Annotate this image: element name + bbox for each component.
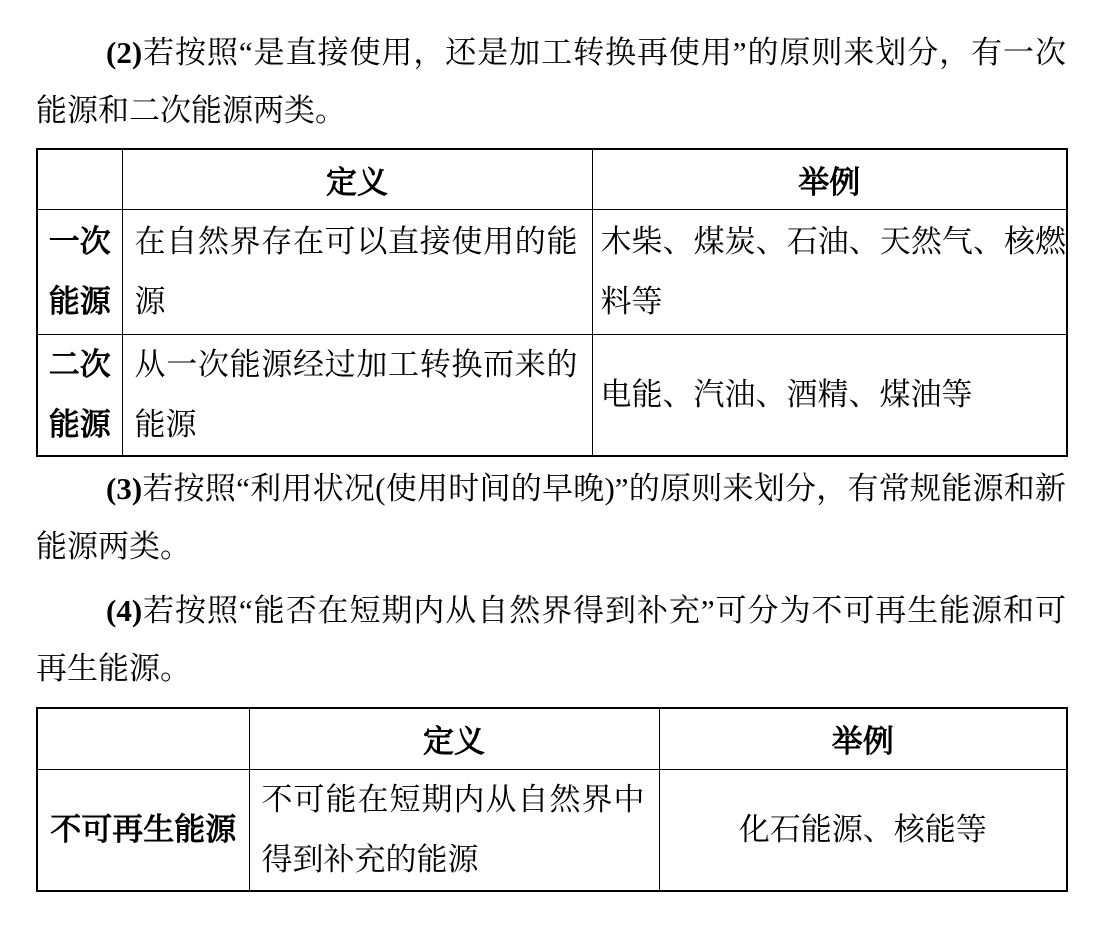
- table-row-primary-energy: 一次能源 在自然界存在可以直接使用的能源 木柴、煤炭、石油、天然气、核燃料等: [37, 209, 1067, 334]
- table1-header-definition: 定义: [122, 149, 592, 209]
- paragraph-2-text: 若按照“是直接使用，还是加工转换再使用”的原则来划分，有一次能源和二次能源两类。: [36, 35, 1066, 128]
- paragraph-3-text: 若按照“利用状况(使用时间的早晚)”的原则来划分，有常规能源和新能源两类。: [36, 471, 1066, 564]
- renewable-energy-table: 定义 举例 不可再生能源 不可能在短期内从自然界中得到补充的能源 化石能源、核能…: [36, 707, 1068, 893]
- table-row-nonrenewable-energy: 不可再生能源 不可能在短期内从自然界中得到补充的能源 化石能源、核能等: [37, 770, 1067, 892]
- secondary-energy-category: 二次能源: [37, 334, 122, 456]
- paragraph-2: (2)若按照“是直接使用，还是加工转换再使用”的原则来划分，有一次能源和二次能源…: [36, 24, 1066, 140]
- paragraph-4-text: 若按照“能否在短期内从自然界得到补充”可分为不可再生能源和可再生能源。: [36, 593, 1066, 686]
- primary-energy-definition: 在自然界存在可以直接使用的能源: [122, 209, 592, 334]
- table2-header-category: [37, 708, 249, 770]
- table1-header-category: [37, 149, 122, 209]
- table2-header-definition: 定义: [249, 708, 659, 770]
- secondary-energy-examples: 电能、汽油、酒精、煤油等: [592, 334, 1067, 456]
- primary-energy-category: 一次能源: [37, 209, 122, 334]
- paragraph-3-number: (3): [106, 471, 142, 506]
- nonrenewable-energy-definition: 不可能在短期内从自然界中得到补充的能源: [249, 770, 659, 892]
- primary-energy-examples: 木柴、煤炭、石油、天然气、核燃料等: [592, 209, 1067, 334]
- paragraph-3: (3)若按照“利用状况(使用时间的早晚)”的原则来划分，有常规能源和新能源两类。: [36, 460, 1066, 576]
- document-page: (2)若按照“是直接使用，还是加工转换再使用”的原则来划分，有一次能源和二次能源…: [0, 0, 1102, 945]
- primary-secondary-energy-table: 定义 举例 一次能源 在自然界存在可以直接使用的能源 木柴、煤炭、石油、天然气、…: [36, 148, 1068, 457]
- paragraph-4-number: (4): [106, 593, 142, 628]
- table1-header-examples: 举例: [592, 149, 1067, 209]
- paragraph-2-number: (2): [106, 35, 142, 70]
- nonrenewable-energy-examples: 化石能源、核能等: [659, 770, 1067, 892]
- table2-header-row: 定义 举例: [37, 708, 1067, 770]
- table2-header-examples: 举例: [659, 708, 1067, 770]
- table-row-secondary-energy: 二次能源 从一次能源经过加工转换而来的能源 电能、汽油、酒精、煤油等: [37, 334, 1067, 456]
- nonrenewable-energy-category: 不可再生能源: [37, 770, 249, 892]
- table1-header-row: 定义 举例: [37, 149, 1067, 209]
- secondary-energy-definition: 从一次能源经过加工转换而来的能源: [122, 334, 592, 456]
- paragraph-4: (4)若按照“能否在短期内从自然界得到补充”可分为不可再生能源和可再生能源。: [36, 582, 1066, 698]
